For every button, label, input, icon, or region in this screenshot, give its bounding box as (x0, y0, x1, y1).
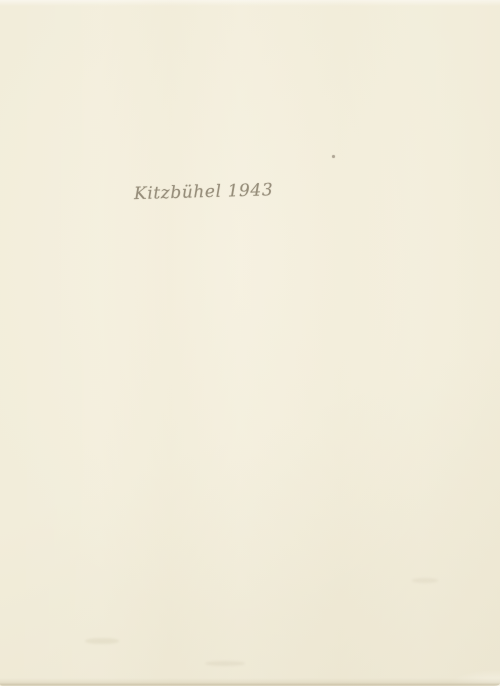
paper-smudge (85, 638, 119, 644)
paper-smudge (412, 578, 438, 583)
page-bottom-edge (0, 678, 500, 686)
handwritten-inscription: Kitzbühel 1943 (134, 180, 284, 204)
paper-smudge (205, 661, 245, 666)
scanned-page: Kitzbühel 1943 (0, 0, 500, 686)
paper-speck (332, 155, 335, 158)
